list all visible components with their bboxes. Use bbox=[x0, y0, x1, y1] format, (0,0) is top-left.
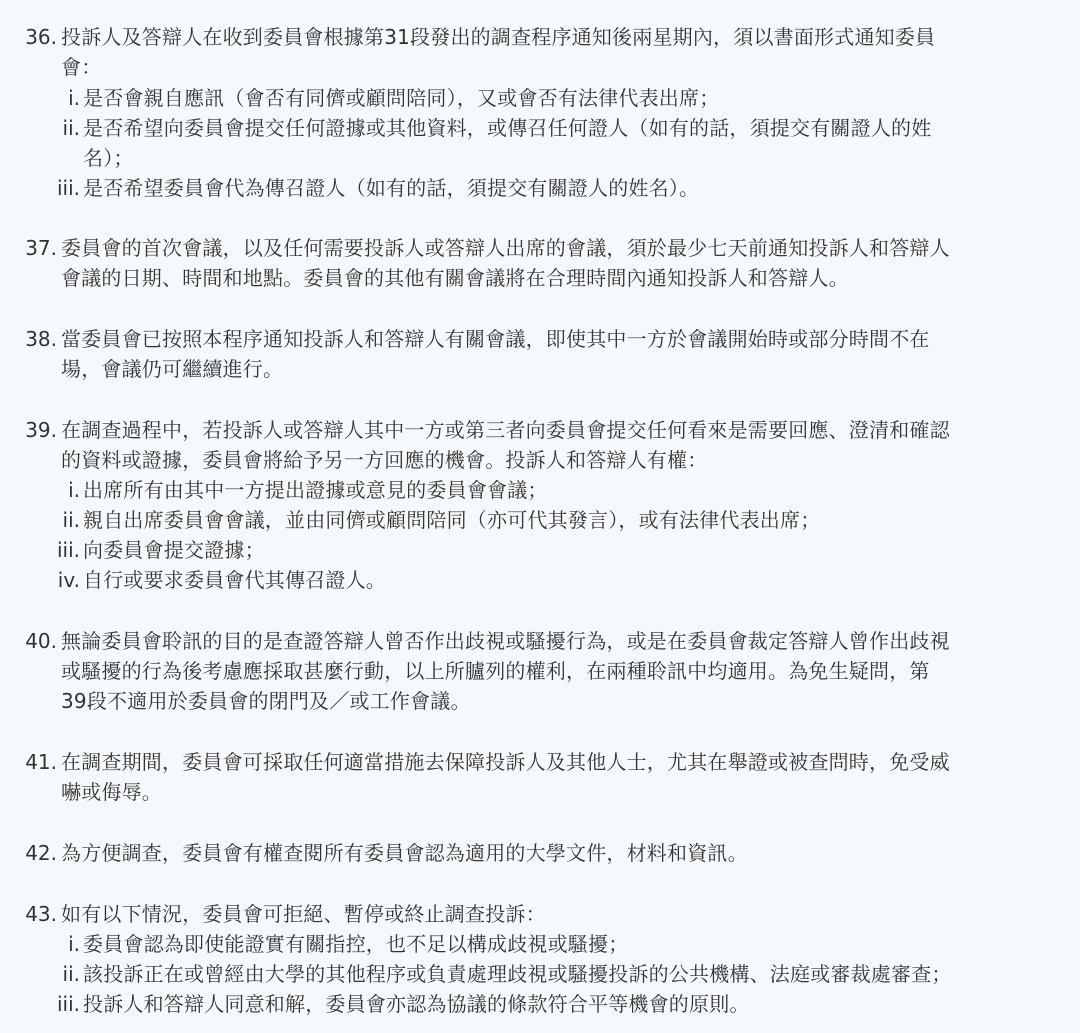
subitem-text: 出席所有由其中一方提出證據或意見的委員會會議； bbox=[83, 475, 548, 505]
subitem-text: 投訴人和答辯人同意和解，委員會亦認為協議的條款符合平等機會的原則。 bbox=[83, 989, 750, 1019]
subitem-marker: i. bbox=[0, 475, 80, 505]
paragraph-text: 投訴人及答辯人在收到委員會根據第31段發出的調查程序通知後兩星期內，須以書面形式… bbox=[61, 22, 935, 52]
paragraph-text: 39段不適用於委員會的閉門及／或工作會議。 bbox=[61, 686, 471, 716]
subitem-text: 是否希望委員會代為傳召證人（如有的話，須提交有關證人的姓名）。 bbox=[83, 173, 699, 203]
paragraph-text: 的資料或證據，委員會將給予另一方回應的機會。投訴人和答辯人有權： bbox=[61, 445, 707, 475]
subitem-text: 委員會認為即使能證實有關指控，也不足以構成歧視或騷擾； bbox=[83, 929, 628, 959]
paragraph-number: 36. bbox=[0, 22, 57, 52]
paragraph-number: 42. bbox=[0, 838, 57, 868]
paragraph-text: 無論委員會聆訊的目的是查證答辯人曾否作出歧視或騷擾行為，或是在委員會裁定答辯人曾… bbox=[61, 626, 950, 656]
paragraph-number: 41. bbox=[0, 747, 57, 777]
subitem-marker: ii. bbox=[0, 505, 80, 535]
subitem-marker: iii. bbox=[0, 989, 80, 1019]
subitem-text: 名）； bbox=[83, 143, 134, 173]
subitem-marker: ii. bbox=[0, 959, 80, 989]
paragraph-text: 或騷擾的行為後考慮應採取甚麼行動，以上所臚列的權利，在兩種聆訊中均適用。為免生疑… bbox=[61, 656, 930, 686]
subitem-marker: i. bbox=[0, 929, 80, 959]
subitem-text: 是否希望向委員會提交任何證據或其他資料，或傳召任何證人（如有的話，須提交有關證人… bbox=[83, 113, 931, 143]
paragraph-text: 在調查期間，委員會可採取任何適當措施去保障投訴人及其他人士，尤其在舉證或被查問時… bbox=[61, 747, 950, 777]
paragraph-text: 委員會的首次會議，以及任何需要投訴人或答辯人出席的會議，須於最少七天前通知投訴人… bbox=[61, 233, 950, 263]
subitem-marker: iii. bbox=[0, 535, 80, 565]
paragraph-text: 如有以下情況，委員會可拒絕、暫停或終止調查投訴： bbox=[61, 899, 546, 929]
subitem-text: 親自出席委員會會議，並由同儕或顧問陪同（亦可代其發言），或有法律代表出席； bbox=[83, 505, 820, 535]
subitem-text: 是否會親自應訊（會否有同儕或顧問陪同），又或會否有法律代表出席； bbox=[83, 83, 719, 113]
paragraph-number: 40. bbox=[0, 626, 57, 656]
paragraph-number: 39. bbox=[0, 415, 57, 445]
paragraph-number: 43. bbox=[0, 899, 57, 929]
subitem-marker: iii. bbox=[0, 173, 80, 203]
paragraph-text: 會議的日期、時間和地點。委員會的其他有關會議將在合理時間內通知投訴人和答辯人。 bbox=[61, 263, 849, 293]
subitem-text: 該投訴正在或曾經由大學的其他程序或負責處理歧視或騷擾投訴的公共機構、法庭或審裁處… bbox=[83, 959, 952, 989]
paragraph-text: 會： bbox=[61, 52, 101, 82]
paragraph-text: 在調查過程中，若投訴人或答辯人其中一方或第三者向委員會提交任何看來是需要回應、澄… bbox=[61, 415, 950, 445]
paragraph-text: 嚇或侮辱。 bbox=[61, 777, 162, 807]
subitem-marker: i. bbox=[0, 83, 80, 113]
paragraph-text: 場，會議仍可繼續進行。 bbox=[61, 354, 283, 384]
subitem-marker: iv. bbox=[0, 565, 80, 595]
subitem-text: 自行或要求委員會代其傳召證人。 bbox=[83, 565, 386, 595]
paragraph-number: 38. bbox=[0, 324, 57, 354]
paragraph-text: 當委員會已按照本程序通知投訴人和答辯人有關會議，即使其中一方於會議開始時或部分時… bbox=[61, 324, 930, 354]
subitem-text: 向委員會提交證據； bbox=[83, 535, 265, 565]
paragraph-text: 為方便調查，委員會有權查閱所有委員會認為適用的大學文件，材料和資訊。 bbox=[61, 838, 748, 868]
subitem-marker: ii. bbox=[0, 113, 80, 143]
paragraph-number: 37. bbox=[0, 233, 57, 263]
